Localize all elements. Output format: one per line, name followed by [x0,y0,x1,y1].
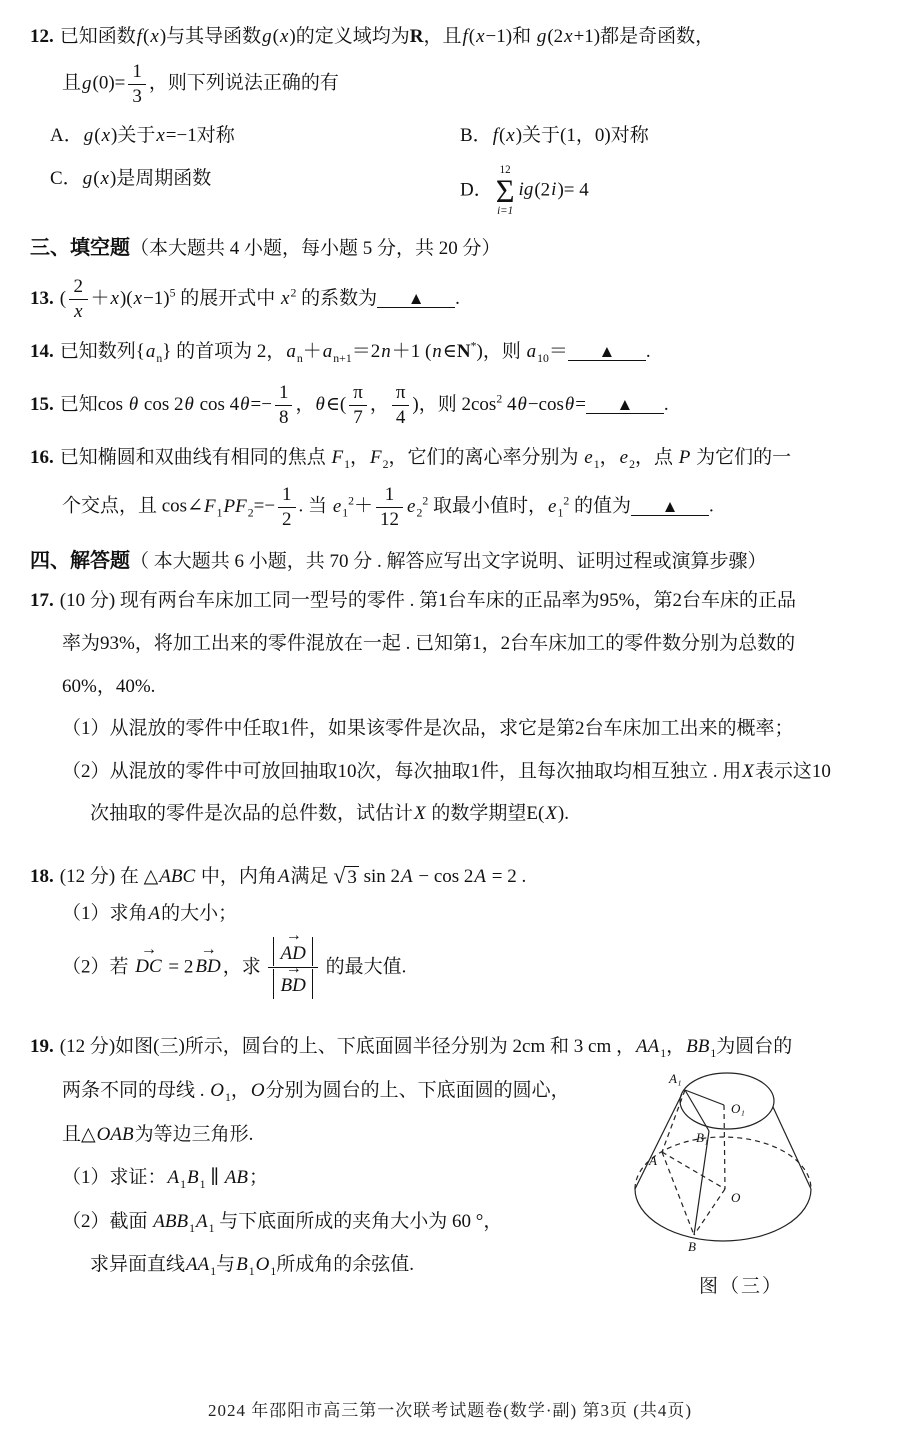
option-a: A．g(x)关于x=−1对称 [50,122,460,151]
question-19: 19.(12 分)如图(三)所示，圆台的上、下底面圆半径分别为 2cm 和 3 … [30,1033,870,1280]
question-text: (12 分)如图(三)所示，圆台的上、下底面圆半径分别为 2cm 和 3 cm … [60,1036,792,1057]
question-13-line: 13.(2x＋x)(x−1)5 的展开式中 x2 的系数为▲. [30,276,870,323]
question-17-line1: 17.(10 分) 现有两台车床加工同一型号的零件 . 第1台车床的正品率为95… [30,587,870,615]
question-14-line: 14.已知数列{an} 的首项为 2，an＋an+1＝2n＋1 (n∈N*)，则… [30,337,870,368]
question-16-line1: 16.已知椭圆和双曲线有相同的焦点 F1，F2，它们的离心率分别为 e1，e2，… [30,443,870,474]
section-4-note: （ 本大题共 6 小题，共 70 分 . 解答应写出文字说明、证明过程或演算步骤… [130,551,767,572]
label-a1: A₁ [668,1071,681,1086]
figure-caption: 图（三） [606,1271,876,1298]
segment-a1-b1 [685,1090,709,1131]
question-14: 14.已知数列{an} 的首项为 2，an＋an+1＝2n＋1 (n∈N*)，则… [30,337,870,368]
question-19-line2: 两条不同的母线 . O1，O分别为圆台的上、下底面圆的圆心， [30,1077,590,1106]
question-12-line1: 12.已知函数f(x)与其导函数g(x)的定义域均为R，且f(x−1)和 g(2… [30,22,870,51]
question-text: (2x＋x)(x−1)5 的展开式中 x2 的系数为▲. [60,288,460,309]
question-17-part2a: （2）从混放的零件中可放回抽取10次，每次抽取1件，且每次抽取均相互独立 . 用… [30,758,870,786]
question-16: 16.已知椭圆和双曲线有相同的焦点 F1，F2，它们的离心率分别为 e1，e2，… [30,443,870,531]
question-text: (10 分) 现有两台车床加工同一型号的零件 . 第1台车床的正品率为95%，第… [60,590,796,611]
question-15-line: 15.已知cos θ cos 2θ cos 4θ=−18，θ∈(π7，π4)，则… [30,382,870,429]
question-12-line2: 且g(0)=13，则下列说法正确的有 [30,61,870,108]
question-number: 16. [30,447,54,468]
question-17-line2: 率为93%，将加工出来的零件混放在一起 . 已知第1，2台车床加工的零件数分别为… [30,630,870,658]
question-number: 19. [30,1036,54,1057]
section-4-title: 四、解答题 [30,550,130,572]
question-19-part1: （1）求证：A1B1 ∥ AB； [30,1164,590,1193]
question-text: 已知数列{an} 的首项为 2，an＋an+1＝2n＋1 (n∈N*)，则 a1… [60,341,651,362]
question-text: 已知cos θ cos 2θ cos 4θ=−18，θ∈(π7，π4)，则 2c… [60,394,669,415]
question-19-line3: 且△OAB为等边三角形. [30,1121,590,1149]
question-17-line3: 60%，40%. [30,673,870,701]
question-text: 已知椭圆和双曲线有相同的焦点 F1，F2，它们的离心率分别为 e1，e2，点 P… [60,447,791,468]
question-number: 14. [30,341,54,362]
segment-b1-b [694,1131,709,1235]
bottom-circle-back [635,1137,811,1189]
question-18-line1: 18.(12 分) 在 △ABC 中，内角A满足 √3 sin 2A − cos… [30,862,870,891]
question-17-part1: （1）从混放的零件中任取1件，如果该零件是次品，求它是第2台车床加工出来的概率； [30,715,870,743]
options-grid: A．g(x)关于x=−1对称 B．f(x)关于(1，0)对称 C．g(x)是周期… [30,122,870,217]
exam-page: 12.已知函数f(x)与其导函数g(x)的定义域均为R，且f(x−1)和 g(2… [0,0,900,1439]
question-16-line2: 个交点，且 cos∠F1PF2=−12. 当 e12＋112e22 取最小值时，… [30,484,870,531]
right-slant-edge [773,1107,811,1189]
option-c: C．g(x)是周期函数 [50,165,460,218]
question-15: 15.已知cos θ cos 2θ cos 4θ=−18，θ∈(π7，π4)，则… [30,382,870,429]
segment-a-b [662,1152,694,1235]
bottom-circle-front [635,1189,811,1241]
section-3-heading: 三、填空题（本大题共 4 小题，每小题 5 分，共 20 分） [30,233,870,264]
top-circle [680,1073,774,1129]
segment-a-o [662,1152,725,1189]
question-number: 12. [30,26,54,47]
label-b: B [688,1239,696,1254]
question-text: (12 分) 在 △ABC 中，内角A满足 √3 sin 2A − cos 2A… [60,866,526,887]
question-text: 已知函数f(x)与其导函数g(x)的定义域均为R，且f(x−1)和 g(2x+1… [60,26,714,47]
question-13: 13.(2x＋x)(x−1)5 的展开式中 x2 的系数为▲. [30,276,870,323]
question-number: 15. [30,394,54,415]
question-18: 18.(12 分) 在 △ABC 中，内角A满足 √3 sin 2A − cos… [30,862,870,1000]
question-18-part1: （1）求角A的大小； [30,899,870,928]
label-o: O [731,1190,741,1205]
question-12: 12.已知函数f(x)与其导函数g(x)的定义域均为R，且f(x−1)和 g(2… [30,22,870,217]
question-number: 18. [30,866,54,887]
page-footer: 2024 年邵阳市高三第一次联考试题卷(数学·副) 第3页 (共4页) [0,1396,900,1421]
left-slant-edge [635,1094,682,1189]
label-o1: O₁ [731,1101,745,1116]
question-19-line1: 19.(12 分)如图(三)所示，圆台的上、下底面圆半径分别为 2cm 和 3 … [30,1033,870,1062]
question-19-part2b: 求异面直线AA1与B1O1所成角的余弦值. [30,1251,590,1280]
question-18-part2: （2）若 DC = 2BD，求 ADBD 的最大值. [30,937,870,1000]
segment-a1-o1 [685,1090,724,1105]
question-number: 17. [30,590,54,611]
label-a: A [648,1153,657,1168]
option-b: B．f(x)关于(1，0)对称 [460,122,870,151]
segment-o1-o [724,1105,725,1189]
option-d: D．12Σi=1ig(2i)= 4 [460,165,870,218]
label-b1: B₁ [696,1130,708,1145]
question-17: 17.(10 分) 现有两台车床加工同一型号的零件 . 第1台车床的正品率为95… [30,587,870,827]
frustum-figure: A₁ O₁ B₁ A O B 图（三） [606,1059,876,1298]
question-19-part2a: （2）截面 ABB1A1 与下底面所成的夹角大小为 60 °， [30,1208,590,1237]
question-number: 13. [30,288,54,309]
segment-a1-a [662,1090,685,1152]
segment-o-b [694,1189,725,1235]
section-3-title: 三、填空题 [30,237,130,259]
frustum-diagram: A₁ O₁ B₁ A O B [611,1059,871,1269]
question-17-part2b: 次抽取的零件是次品的总件数，试估计X 的数学期望E(X). [30,800,870,828]
section-4-heading: 四、解答题（ 本大题共 6 小题，共 70 分 . 解答应写出文字说明、证明过程… [30,546,870,577]
section-3-note: （本大题共 4 小题，每小题 5 分，共 20 分） [130,238,501,259]
